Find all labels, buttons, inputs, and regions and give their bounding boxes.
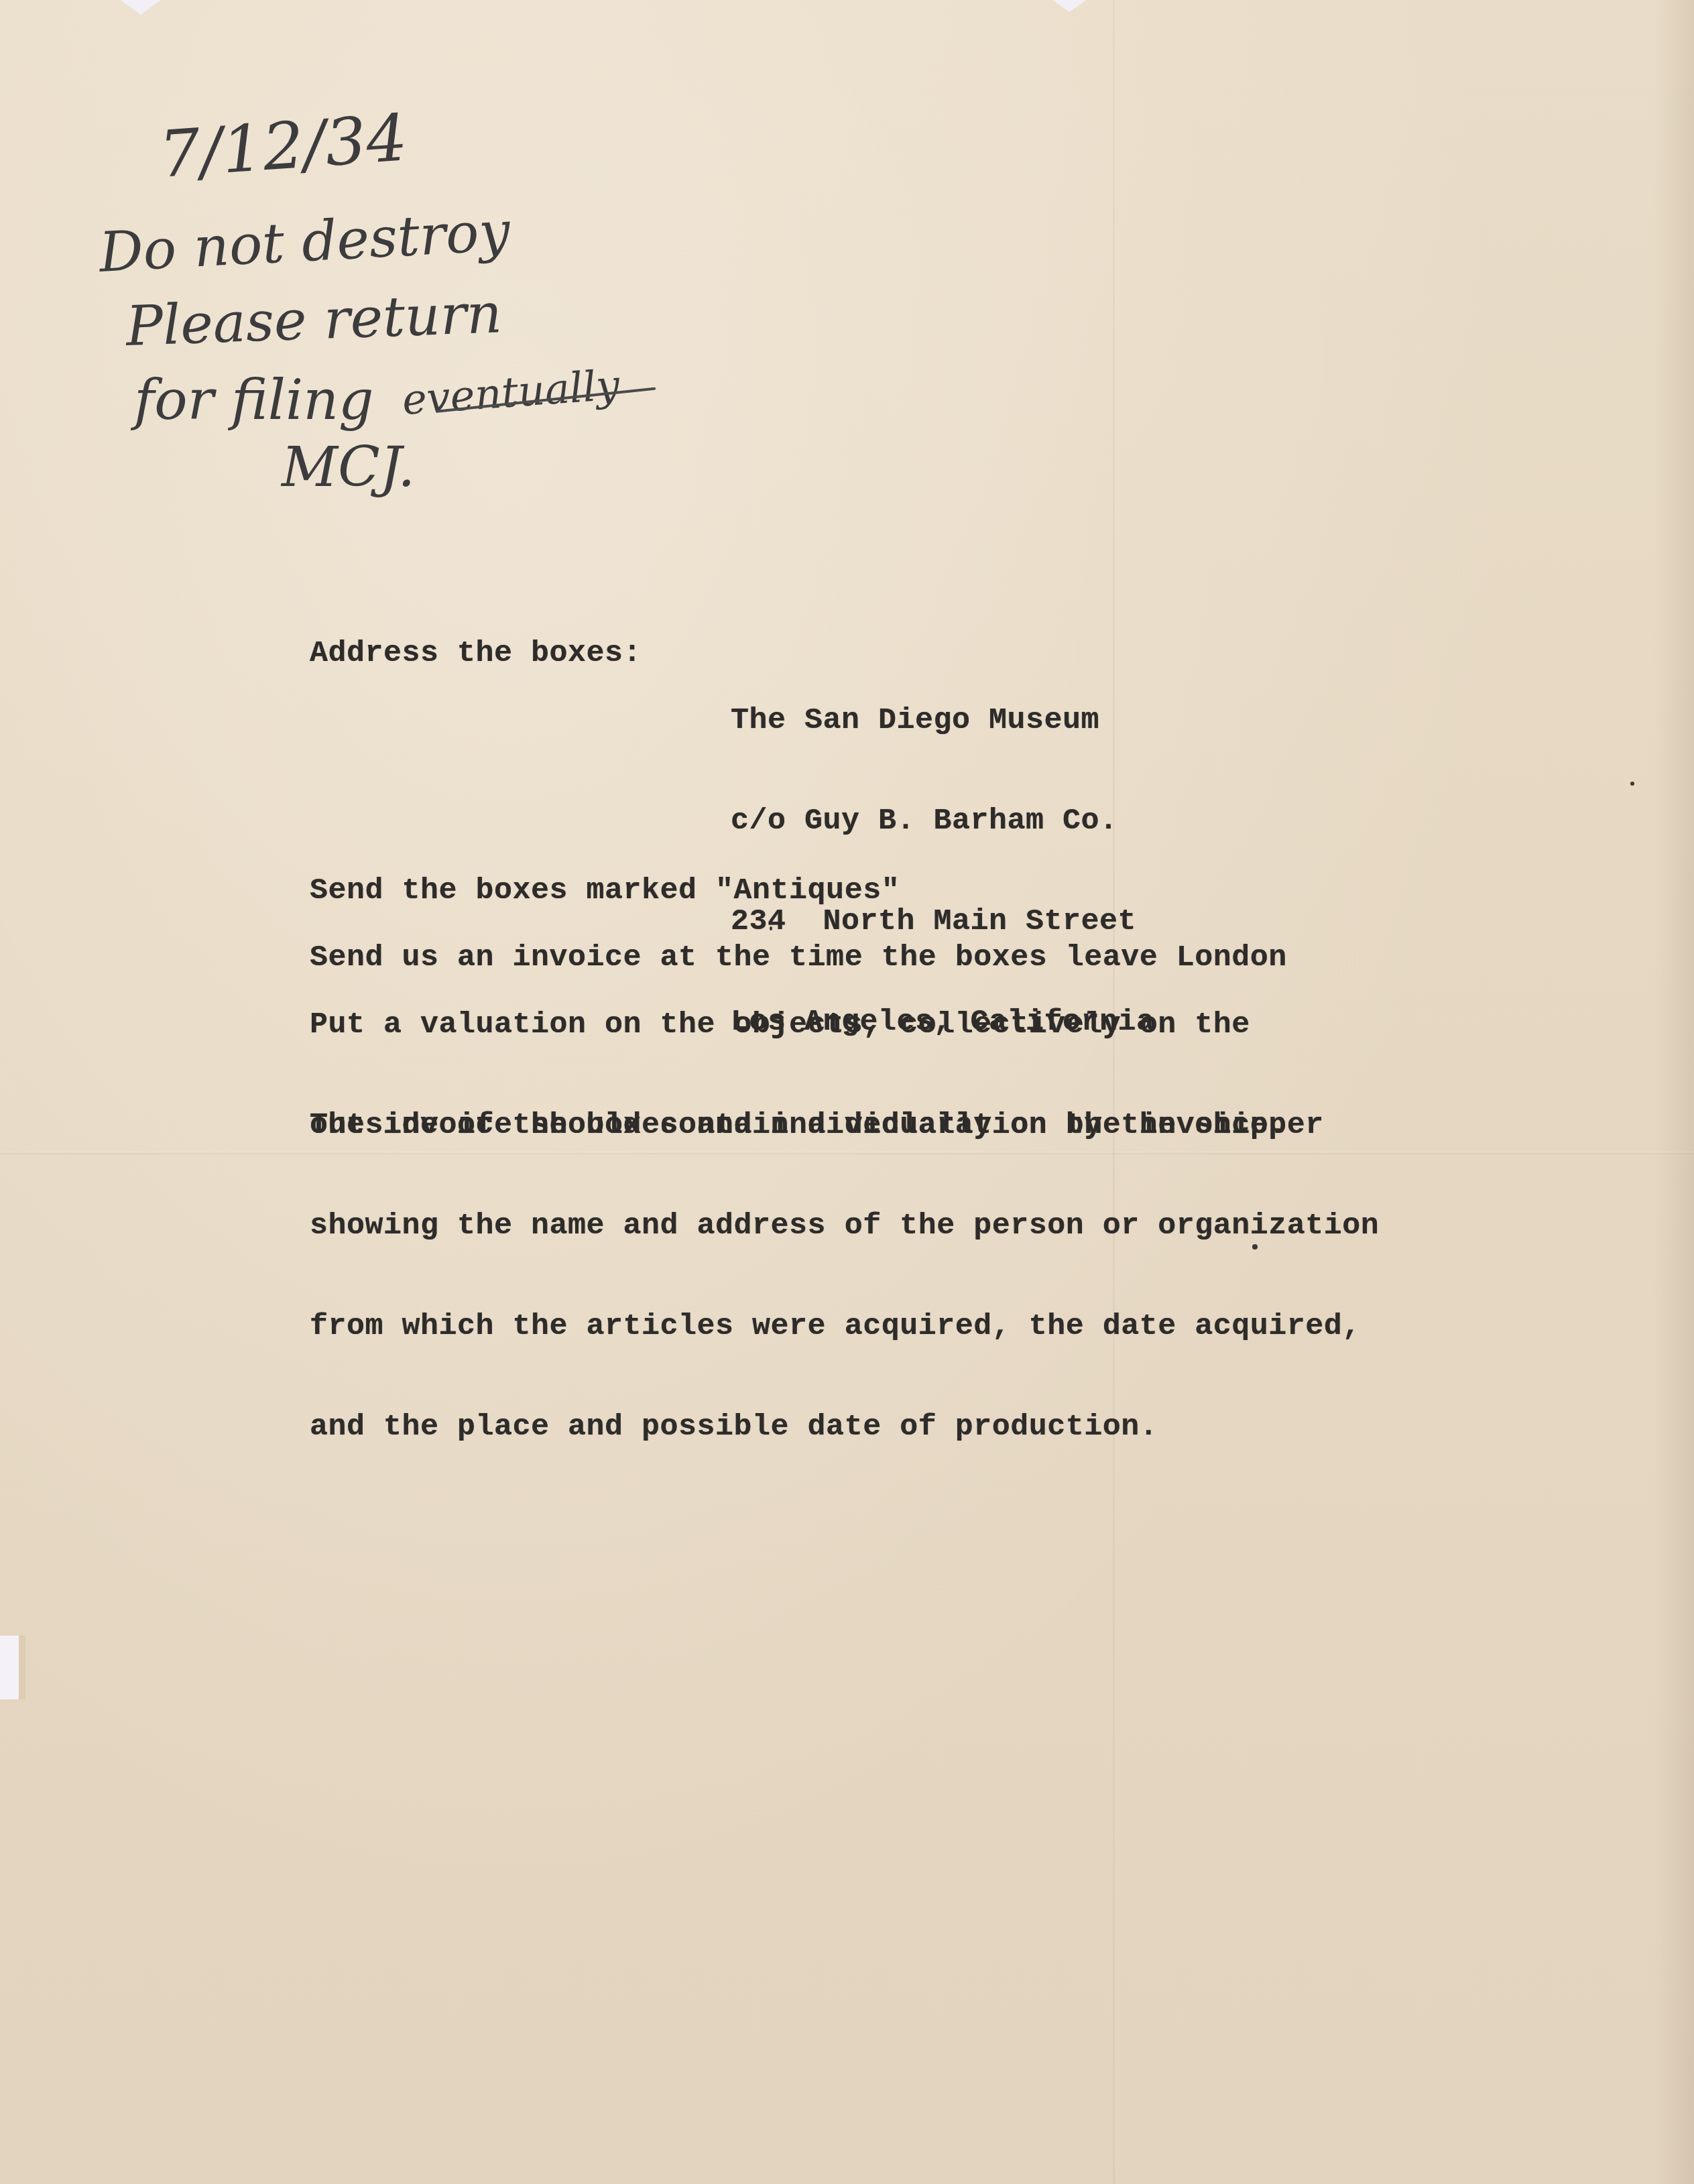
address-line: The San Diego Museum bbox=[731, 704, 1155, 737]
paper-sheet: 7/12/34 Do not destroy Please return for… bbox=[0, 0, 1694, 2184]
paragraph-line: and the place and possible date of produ… bbox=[310, 1410, 1379, 1444]
paragraph-line: Put a valuation on the objects, collecti… bbox=[310, 1008, 1287, 1042]
handwritten-line-please-return: Please return bbox=[125, 282, 503, 359]
handwritten-initials: MCJ. bbox=[282, 436, 415, 499]
right-edge-shading bbox=[1654, 0, 1694, 2184]
left-edge-tear bbox=[0, 1636, 25, 1699]
top-edge-tear bbox=[121, 0, 161, 15]
handwritten-date: 7/12/34 bbox=[157, 100, 410, 192]
paragraph-declaration: The invoice should contain a declaration… bbox=[310, 1042, 1379, 1511]
top-edge-tear bbox=[1052, 0, 1086, 12]
paragraph-line: showing the name and address of the pers… bbox=[310, 1209, 1379, 1243]
paragraph-line: The invoice should contain a declaration… bbox=[310, 1109, 1379, 1142]
handwritten-line-for-filing: for filing bbox=[134, 369, 373, 432]
paragraph-line: from which the articles were acquired, t… bbox=[310, 1310, 1379, 1343]
handwritten-line-do-not-destroy: Do not destroy bbox=[98, 200, 511, 285]
handwritten-insert-eventually: eventually bbox=[400, 360, 621, 424]
ink-speck bbox=[1252, 1244, 1258, 1250]
ink-speck bbox=[770, 926, 772, 930]
address-label: Address the boxes: bbox=[310, 637, 642, 670]
ink-speck bbox=[1630, 782, 1634, 786]
